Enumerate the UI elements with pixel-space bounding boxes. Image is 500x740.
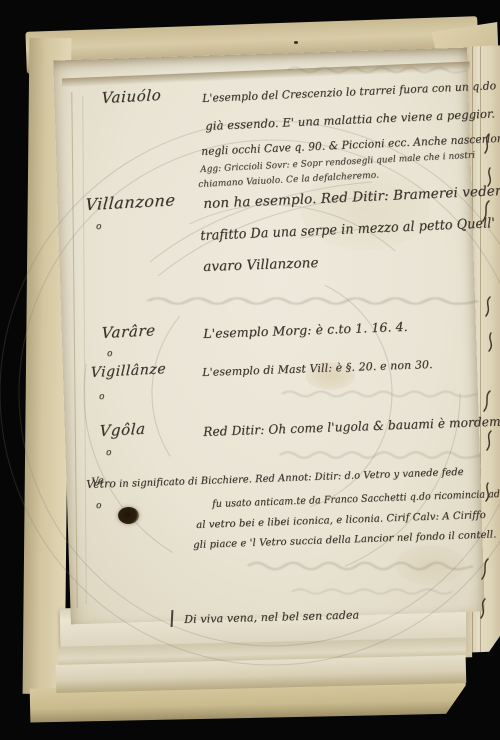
flourish-mark: o — [106, 448, 111, 458]
flourish-mark: o — [96, 501, 101, 511]
flourish-mark: o — [107, 349, 112, 359]
fore-edge-ink-marks — [483, 331, 497, 353]
manuscript-page-photo: Vaiuólo L'esemplo del Crescenzio lo trar… — [0, 0, 500, 740]
show-through-text — [288, 64, 468, 76]
headword-vaiuolo: Vaiuólo — [101, 86, 162, 107]
headword-vetro: Vetro — [86, 477, 116, 491]
headword-ugola: Vgôla — [99, 420, 146, 440]
fore-edge-ink-marks — [476, 598, 490, 620]
show-through-text — [248, 558, 473, 574]
show-through-text — [280, 448, 480, 462]
show-through-text — [148, 294, 478, 308]
fore-edge-ink-marks — [480, 133, 494, 155]
fore-edge-ink-marks — [480, 390, 494, 412]
show-through-text — [292, 586, 452, 597]
fore-edge-ink-marks — [482, 430, 496, 452]
fore-edge-ink-marks — [482, 166, 496, 188]
show-through-text — [282, 388, 477, 400]
flourish-mark: o — [96, 222, 101, 232]
fore-edge-ink-marks — [479, 200, 493, 222]
fore-edge-ink-marks — [481, 296, 495, 318]
flourish-mark: o — [99, 392, 104, 402]
fore-edge-ink-marks — [478, 558, 492, 580]
ink-blot — [118, 507, 139, 524]
headword-varare: Varâre — [101, 321, 156, 342]
fore-edge-ink-marks — [480, 481, 494, 503]
